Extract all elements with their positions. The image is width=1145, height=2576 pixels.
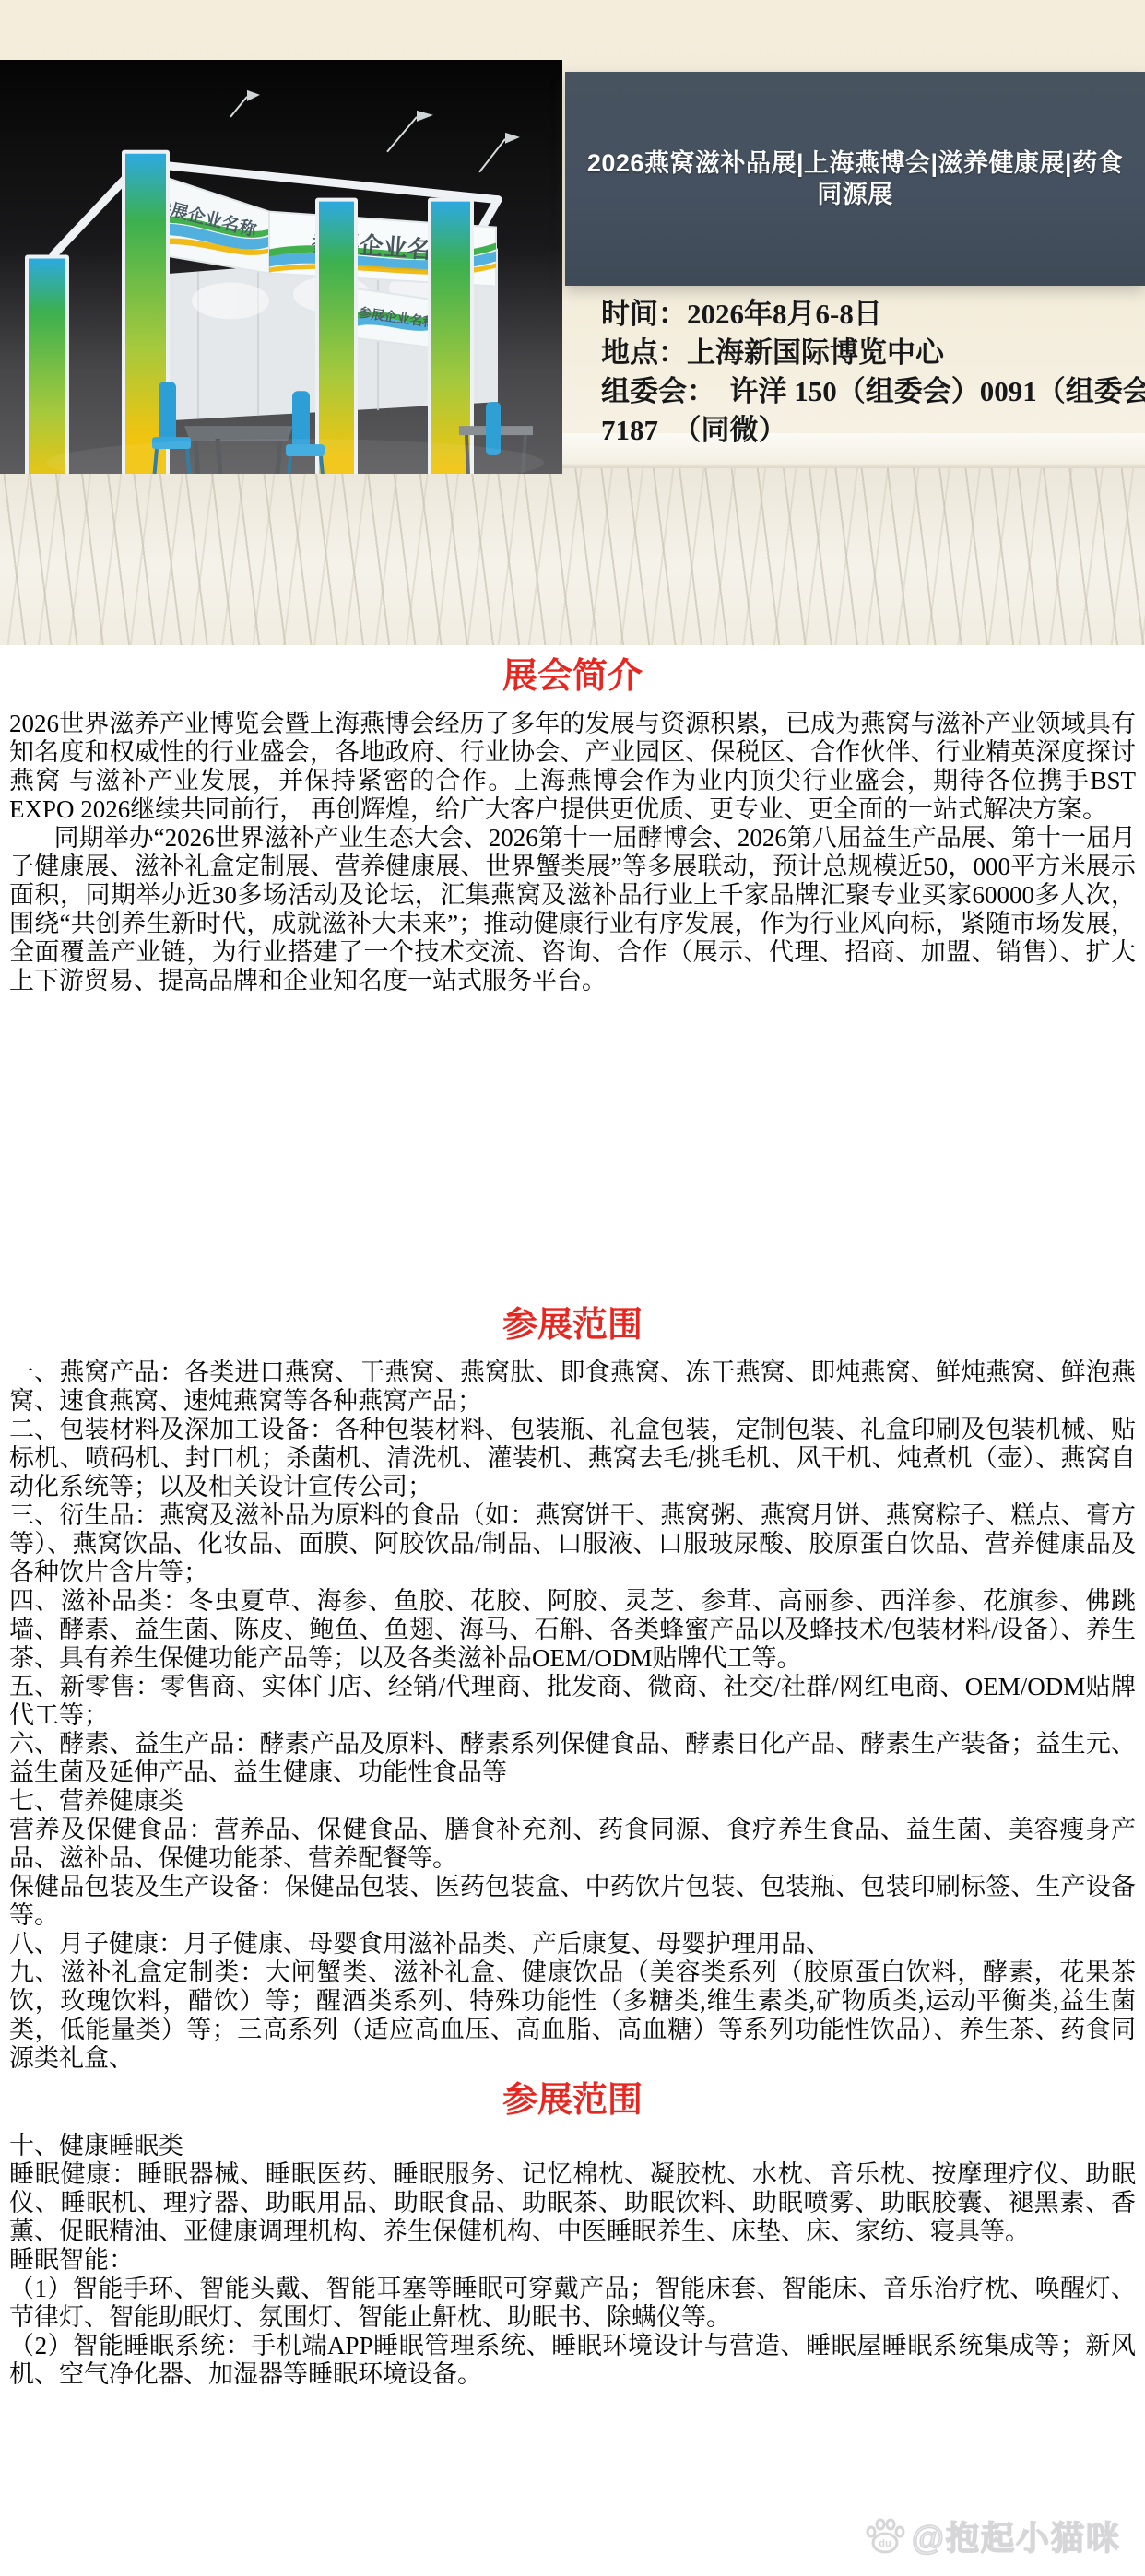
- info-line: 7187 （同微）: [601, 411, 1136, 450]
- paw-icon-label: du: [879, 2538, 891, 2549]
- watermark: du @抱起小猫咪: [864, 2512, 1121, 2559]
- paragraph: 2026世界滋养产业博览会暨上海燕博会经历了多年的发展与资源积累，已成为燕窝与滋…: [9, 710, 1136, 824]
- info-line: 地点：上海新国际博览中心: [601, 334, 1136, 372]
- paragraph: 保健品包装及生产设备：保健品包装、医药包装盒、中药饮片包装、包装瓶、包装印刷标签…: [9, 1873, 1136, 1930]
- document-body: 展会简介 2026世界滋养产业博览会暨上海燕博会经历了多年的发展与资源积累，已成…: [0, 645, 1145, 2576]
- section-intro-paragraphs: 2026世界滋养产业博览会暨上海燕博会经历了多年的发展与资源积累，已成为燕窝与滋…: [9, 710, 1136, 995]
- section-scope-2-paragraphs: 十、健康睡眠类睡眠健康：睡眠器械、睡眠医药、睡眠服务、记忆棉枕、凝胶枕、水枕、音…: [9, 2132, 1136, 2389]
- booth-render-graphic: 参展企业名称 参展企业名称 参展企业名称: [0, 60, 562, 474]
- paragraph: （1）智能手环、智能头戴、智能耳塞等睡眠可穿戴产品；智能床套、智能床、音乐治疗枕…: [9, 2275, 1136, 2332]
- paragraph: 三、衍生品：燕窝及滋补品为原料的食品（如：燕窝饼干、燕窝粥、燕窝月饼、燕窝粽子、…: [9, 1501, 1136, 1587]
- section-heading-scope-1: 参展范围: [9, 1305, 1136, 1346]
- paragraph: （2）智能睡眠系统：手机端APP睡眠管理系统、睡眠环境设计与营造、睡眠屋睡眠系统…: [9, 2332, 1136, 2389]
- paragraph: 四、滋补品类：冬虫夏草、海参、鱼胶、花胶、阿胶、灵芝、参茸、高丽参、西洋参、花旗…: [9, 1587, 1136, 1673]
- exhibition-title: 2026燕窝滋补品展|上海燕博会|滋养健康展|药食同源展: [565, 147, 1145, 210]
- section-scope-1-paragraphs: 一、燕窝产品：各类进口燕窝、干燕窝、燕窝肽、即食燕窝、冻干燕窝、即炖燕窝、鲜炖燕…: [9, 1359, 1136, 2073]
- section-heading-intro: 展会简介: [9, 656, 1136, 697]
- paragraph: 九、滋补礼盒定制类：大闸蟹类、滋补礼盒、健康饮品（美容类系列（胶原蛋白饮料，酵素…: [9, 1958, 1136, 2073]
- section-heading-scope-2: 参展范围: [9, 2080, 1136, 2121]
- paragraph: 睡眠健康：睡眠器械、睡眠医药、睡眠服务、记忆棉枕、凝胶枕、水枕、音乐枕、按摩理疗…: [9, 2160, 1136, 2246]
- header-hero: 参展企业名称 参展企业名称 参展企业名称: [0, 0, 1145, 645]
- info-line: 组委会： 许洋 150（组委会）0091（组委会）: [601, 372, 1136, 411]
- paragraph: 营养及保健食品：营养品、保健食品、膳食补充剂、药食同源、食疗养生食品、益生菌、美…: [9, 1816, 1136, 1873]
- exhibition-title-box: 2026燕窝滋补品展|上海燕博会|滋养健康展|药食同源展: [565, 72, 1145, 286]
- paragraph: 七、营养健康类: [9, 1787, 1136, 1816]
- paragraph: 六、酵素、益生产品：酵素产品及原料、酵素系列保健食品、酵素日化产品、酵素生产装备…: [9, 1730, 1136, 1787]
- watermark-text: @抱起小猫咪: [912, 2512, 1121, 2559]
- booth-render-image: 参展企业名称 参展企业名称 参展企业名称: [0, 60, 562, 474]
- exhibition-info-block: 时间：2026年8月6-8日地点：上海新国际博览中心组委会： 许洋 150（组委…: [601, 295, 1136, 450]
- baidu-paw-icon: du: [864, 2517, 906, 2556]
- paragraph: 十、健康睡眠类: [9, 2132, 1136, 2160]
- background-wood-floor: [0, 468, 1145, 645]
- info-line: 时间：2026年8月6-8日: [601, 295, 1136, 334]
- paragraph: 二、包装材料及深加工设备：各种包装材料、包装瓶、礼盒包装，定制包装、礼盒印刷及包…: [9, 1416, 1136, 1501]
- paragraph: 五、新零售：零售商、实体门店、经销/代理商、批发商、微商、社交/社群/网红电商、…: [9, 1673, 1136, 1730]
- paragraph: 一、燕窝产品：各类进口燕窝、干燕窝、燕窝肽、即食燕窝、冻干燕窝、即炖燕窝、鲜炖燕…: [9, 1359, 1136, 1416]
- paragraph: 同期举办“2026世界滋补产业生态大会、2026第十一届酵博会、2026第八届益…: [9, 824, 1136, 995]
- paragraph: 八、月子健康：月子健康、母婴食用滋补品类、产后康复、母婴护理用品、: [9, 1930, 1136, 1958]
- blank-space: [9, 995, 1136, 1305]
- paragraph: 睡眠智能：: [9, 2246, 1136, 2275]
